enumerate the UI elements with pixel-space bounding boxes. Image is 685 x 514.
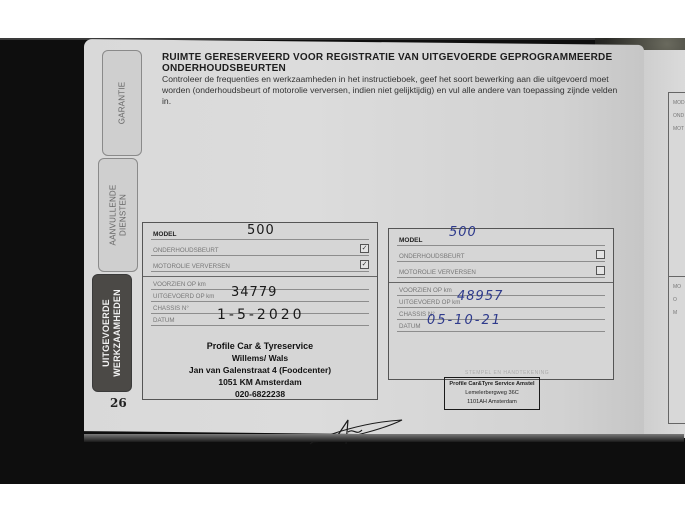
maintenance-row: ONDERHOUDSBEURT✓ xyxy=(151,243,369,256)
performed-km-label: UITGEVOERD OP km xyxy=(153,293,214,300)
oil-change-row: MOTOROLIE VERVERSEN xyxy=(397,265,605,278)
performed-km-label: UITGEVOERD OP km xyxy=(399,299,460,306)
maintenance-label: ONDERHOUDSBEURT xyxy=(399,253,465,260)
oil-change-label: MOTOROLIE VERVERSEN xyxy=(399,269,476,276)
maintenance-checkbox: ✓ xyxy=(360,244,369,253)
next-page-form-2: MOOM xyxy=(668,276,685,424)
workshop-stamp-2: Profile Car&Tyre Service Amstel Lemelerb… xyxy=(444,377,540,410)
planned-km-label: VOORZIEN OP km xyxy=(399,287,452,294)
page-number: 26 xyxy=(110,396,127,410)
tab-label: AANVULLENDEDIENSTEN xyxy=(108,185,128,246)
performed-km-value: 48957 xyxy=(457,289,503,304)
oil-change-checkbox xyxy=(596,266,605,275)
maintenance-checkbox xyxy=(596,250,605,259)
stamp-line: 020-6822238 xyxy=(143,388,377,400)
page-shadow xyxy=(84,434,684,442)
stamp-line: Willems/ Wals xyxy=(143,352,377,364)
model-value: 500 xyxy=(449,225,477,240)
maintenance-label: ONDERHOUDSBEURT xyxy=(153,247,219,254)
date-label: DATUM xyxy=(153,317,175,324)
model-row: MODEL xyxy=(397,233,605,246)
model-label: MODEL xyxy=(153,231,176,238)
performed-km-value: 34779 xyxy=(231,285,277,300)
date-label: DATUM xyxy=(399,323,421,330)
tab-garantie: GARANTIE xyxy=(102,50,142,156)
stamp-line: Jan van Galenstraat 4 (Foodcenter) xyxy=(143,364,377,376)
model-value: 500 xyxy=(247,223,275,238)
oil-change-row: MOTOROLIE VERVERSEN✓ xyxy=(151,259,369,272)
workshop-stamp-1: Profile Car & Tyreservice Willems/ Wals … xyxy=(143,340,377,400)
stamp-caption: STEMPEL EN HANDTEKENING xyxy=(465,370,549,376)
photo-service-booklet: GARANTIE AANVULLENDEDIENSTEN UITGEVOERDE… xyxy=(0,38,685,484)
planned-km-label: VOORZIEN OP km xyxy=(153,281,206,288)
signature xyxy=(306,416,406,448)
date-value: 1-5-2020 xyxy=(217,307,305,323)
tab-label: GARANTIE xyxy=(117,82,127,125)
tab-label: UITGEVOERDEWERKZAAMHEDEN xyxy=(101,289,123,377)
page-title: RUIMTE GERESERVEERD VOOR REGISTRATIE VAN… xyxy=(162,52,622,74)
service-entry-1: MODEL 500 ONDERHOUDSBEURT✓ MOTOROLIE VER… xyxy=(142,222,378,400)
chassis-label: CHASSIS N° xyxy=(153,305,189,312)
stamp-line: Profile Car&Tyre Service Amstel xyxy=(445,380,539,389)
oil-change-label: MOTOROLIE VERVERSEN xyxy=(153,263,230,270)
next-page-form-1: MODONDMOT xyxy=(668,92,685,278)
instructions-text: Controleer de frequenties en werkzaamhed… xyxy=(162,74,622,107)
service-entry-2: MODEL 500 ONDERHOUDSBEURT MOTOROLIE VERV… xyxy=(388,228,614,380)
date-value: 05-10-21 xyxy=(427,313,502,328)
stamp-line: 1101AH Amsterdam xyxy=(445,398,539,407)
maintenance-row: ONDERHOUDSBEURT xyxy=(397,249,605,262)
tab-uitgevoerde-werkzaamheden: UITGEVOERDEWERKZAAMHEDEN xyxy=(92,274,132,392)
stamp-line: Lemelerbergweg 36C xyxy=(445,389,539,398)
stamp-line: Profile Car & Tyreservice xyxy=(143,340,377,352)
model-label: MODEL xyxy=(399,237,422,244)
stamp-line: 1051 KM Amsterdam xyxy=(143,376,377,388)
oil-change-checkbox: ✓ xyxy=(360,260,369,269)
tab-aanvullende-diensten: AANVULLENDEDIENSTEN xyxy=(98,158,138,272)
